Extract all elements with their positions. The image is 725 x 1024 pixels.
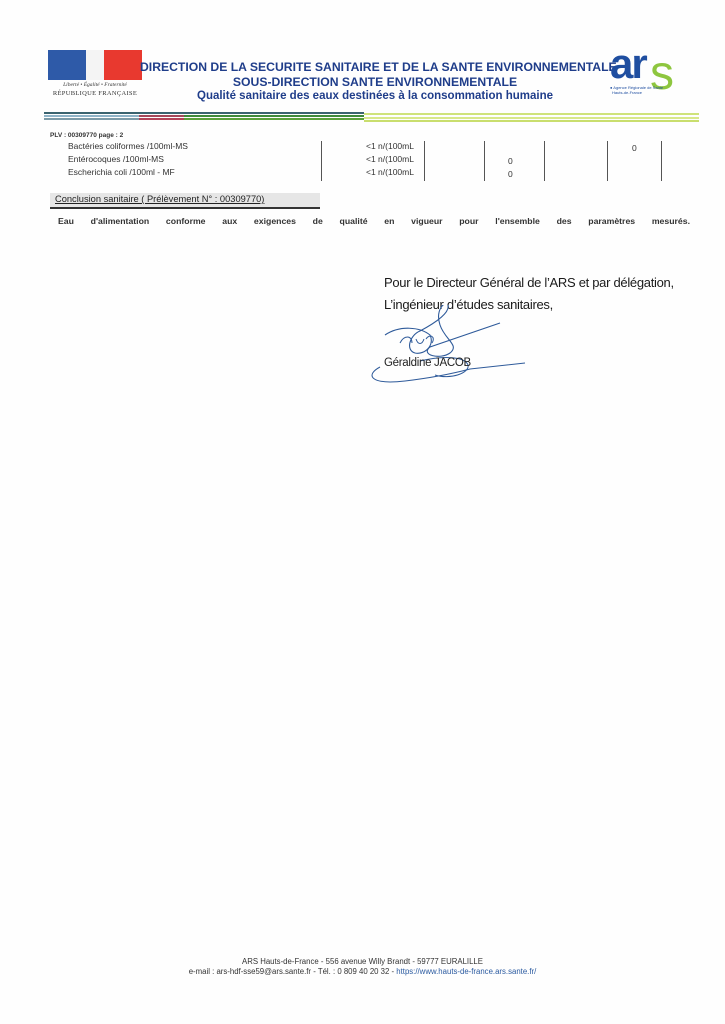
republique-francaise-logo: Liberté • Égalité • Fraternité RÉPUBLIQU…	[45, 50, 145, 100]
parameter-col-a: 0	[508, 156, 513, 166]
footer-website-link[interactable]: https://www.hauts-de-france.ars.sante.fr…	[396, 967, 536, 976]
document-page: Liberté • Égalité • Fraternité RÉPUBLIQU…	[0, 0, 725, 1024]
parameter-col-a: 0	[508, 169, 513, 179]
marianne-flag-icon	[48, 50, 142, 80]
header-title: DIRECTION DE LA SECURITE SANITAIRE ET DE…	[140, 60, 610, 102]
republic-motto: Liberté • Égalité • Fraternité	[45, 82, 145, 88]
header-divider-bars	[44, 112, 699, 122]
header-title-line3: Qualité sanitaire des eaux destinées à l…	[140, 90, 610, 102]
header-title-line2: SOUS-DIRECTION SANTE ENVIRONNEMENTALE	[140, 75, 610, 89]
ars-logo-s: s	[650, 46, 674, 101]
parameter-name: Escherichia coli /100ml - MF	[68, 167, 175, 177]
parameter-value: <1 n/(100mL	[366, 141, 414, 151]
republic-name: RÉPUBLIQUE FRANÇAISE	[45, 90, 145, 97]
footer-address: ARS Hauts-de-France - 556 avenue Willy B…	[0, 957, 725, 966]
parameter-name: Entérocoques /100ml-MS	[68, 154, 164, 164]
footer-contact: e-mail : ars-hdf-sse59@ars.sante.fr - Té…	[0, 967, 725, 976]
ars-logo-region: Hauts-de-France	[612, 90, 642, 95]
conclusion-text: Eau d'alimentation conforme aux exigence…	[58, 216, 690, 226]
conclusion-title: Conclusion sanitaire ( Prélèvement N° : …	[55, 194, 264, 204]
parameter-value: <1 n/(100mL	[366, 154, 414, 164]
ars-logo-ar: ar	[610, 40, 646, 88]
parameter-col-c: 0	[632, 143, 637, 153]
header-title-line1: DIRECTION DE LA SECURITE SANITAIRE ET DE…	[140, 60, 610, 74]
plv-page-label: PLV : 00309770 page : 2	[50, 132, 123, 139]
footer: ARS Hauts-de-France - 556 avenue Willy B…	[0, 957, 725, 976]
ars-logo: ar s ● Agence Régionale de Santé Hauts-d…	[608, 50, 686, 102]
signature-delegation-line: Pour le Directeur Général de l’ARS et pa…	[384, 272, 674, 294]
parameter-value: <1 n/(100mL	[366, 167, 414, 177]
conclusion-heading: Conclusion sanitaire ( Prélèvement N° : …	[50, 193, 320, 209]
parameter-name: Bactéries coliformes /100ml-MS	[68, 141, 188, 151]
footer-contact-text: e-mail : ars-hdf-sse59@ars.sante.fr - Té…	[189, 967, 397, 976]
handwritten-signature-icon	[360, 305, 550, 385]
signatory-name: Géraldine JACOB	[384, 357, 471, 369]
